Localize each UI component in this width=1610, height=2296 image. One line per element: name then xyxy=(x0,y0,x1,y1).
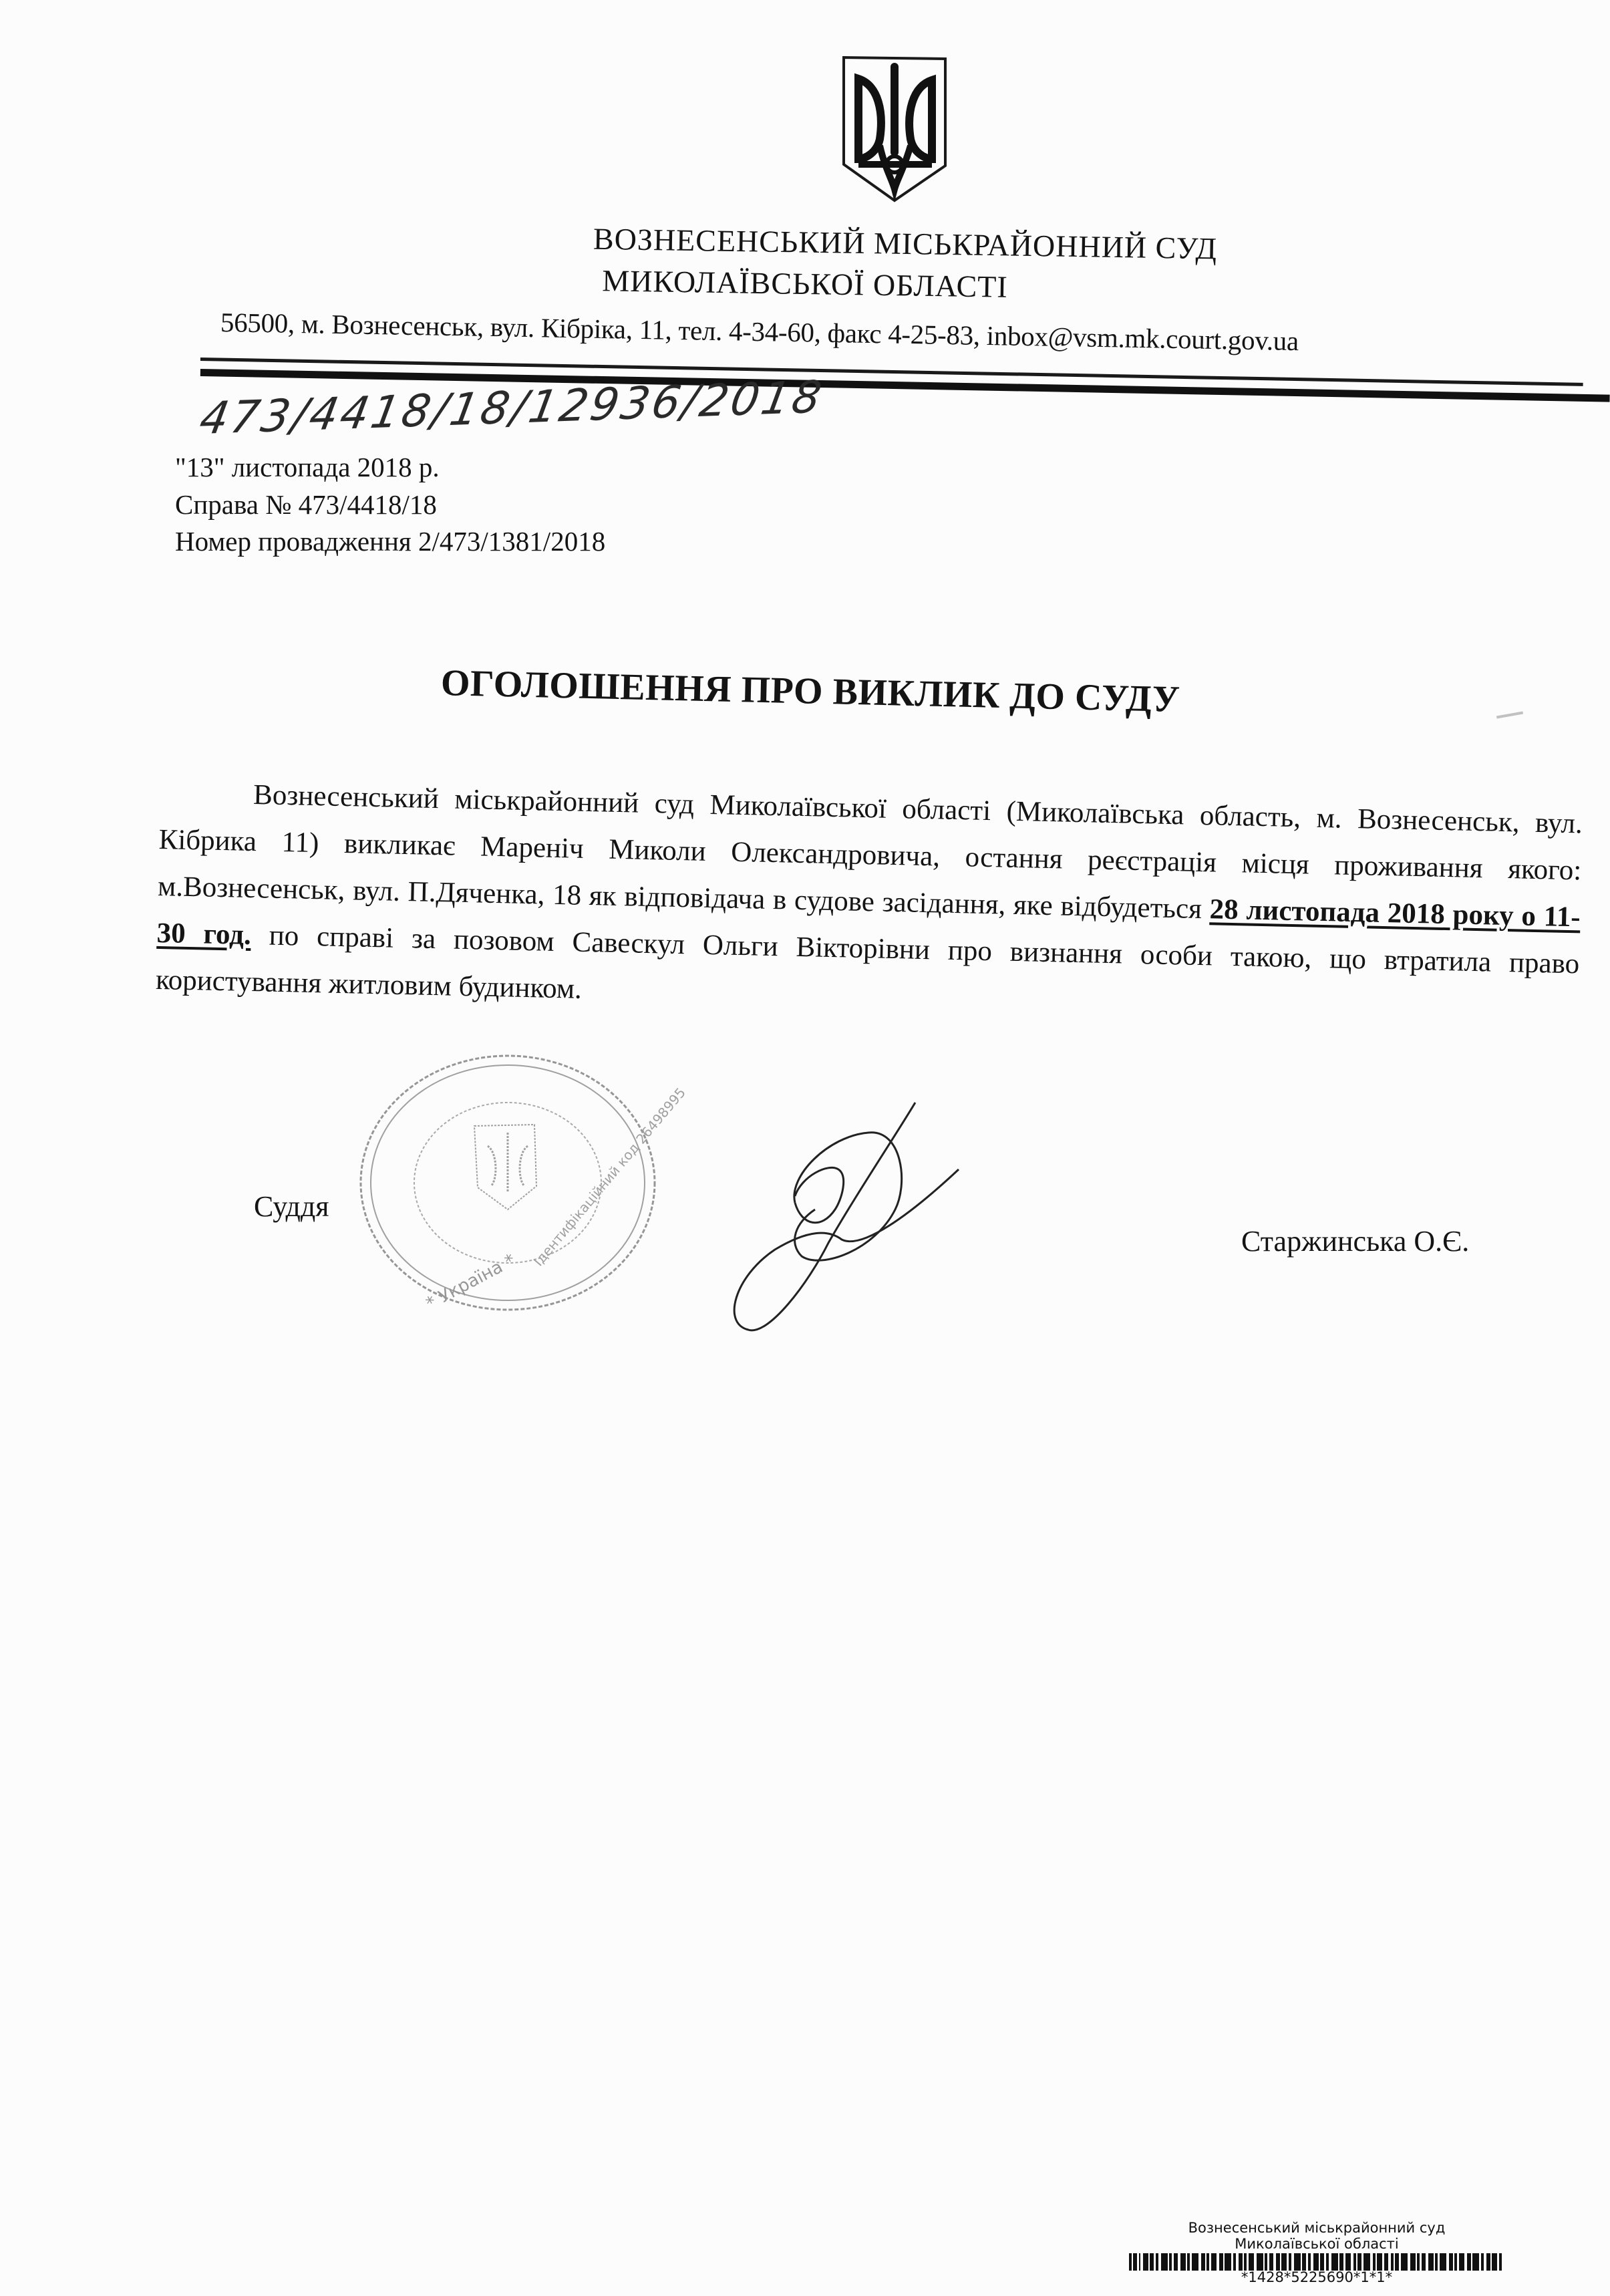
barcode-bar xyxy=(1257,2253,1263,2271)
barcode-bars xyxy=(1039,2253,1594,2271)
barcode-bar xyxy=(1169,2253,1172,2271)
barcode-bar xyxy=(1192,2253,1198,2271)
barcode-bar xyxy=(1201,2253,1205,2271)
barcode-bar xyxy=(1239,2253,1243,2271)
coat-of-arms-icon xyxy=(838,52,952,206)
barcode-bar xyxy=(1320,2253,1324,2271)
barcode-bar xyxy=(1428,2253,1434,2271)
barcode-bar xyxy=(1331,2253,1338,2271)
barcode-bar xyxy=(1143,2253,1148,2271)
barcode-bar xyxy=(1440,2253,1446,2271)
barcode-bar xyxy=(1391,2253,1394,2271)
proceeding-number: Номер провадження 2/473/1381/2018 xyxy=(175,525,605,557)
barcode-bar xyxy=(1281,2253,1287,2271)
barcode-block: Вознесенський міськрайонний суд Миколаїв… xyxy=(1039,2220,1594,2285)
svg-text:* Україна *: * Україна * xyxy=(423,1250,519,1314)
barcode-bar xyxy=(1454,2253,1457,2271)
barcode-bar xyxy=(1180,2253,1186,2271)
barcode-bar xyxy=(1353,2253,1356,2271)
barcode-bar xyxy=(1129,2253,1132,2271)
scan-artifact xyxy=(1496,712,1523,719)
judge-name: Старжинська О.Є. xyxy=(1241,1224,1469,1258)
barcode-bar xyxy=(1481,2253,1484,2271)
barcode-bar xyxy=(1492,2253,1497,2271)
barcode-bar xyxy=(1377,2253,1382,2271)
judge-signature-icon xyxy=(695,1096,1162,1336)
barcode-bar xyxy=(1326,2253,1329,2271)
barcode-court-line1: Вознесенський міськрайонний суд xyxy=(1039,2220,1594,2236)
barcode-bar xyxy=(1302,2253,1306,2271)
barcode-bar xyxy=(1435,2253,1438,2271)
body-part2: по справі за позовом Савескул Ольги Вікт… xyxy=(156,919,1580,1005)
barcode-court-line2: Миколаївської області xyxy=(1039,2236,1594,2252)
barcode-bar xyxy=(1422,2253,1426,2271)
barcode-bar xyxy=(1249,2253,1254,2271)
barcode-bar xyxy=(1345,2253,1351,2271)
barcode-bar xyxy=(1308,2253,1311,2271)
barcode-bar xyxy=(1459,2253,1464,2271)
barcode-bar xyxy=(1472,2253,1479,2271)
judge-label: Суддя xyxy=(254,1189,329,1224)
court-name-line2: МИКОЛАЇВСЬКОЇ ОБЛАСТІ xyxy=(100,257,1510,310)
barcode-bar xyxy=(1417,2253,1420,2271)
handwritten-registration-number: 473/4418/18/12936/2018 xyxy=(196,371,828,444)
barcode-bar xyxy=(1410,2253,1416,2271)
case-number: Справа № 473/4418/18 xyxy=(175,488,437,521)
barcode-bar xyxy=(1384,2253,1388,2271)
barcode-bar xyxy=(1269,2253,1273,2271)
barcode-bar xyxy=(1499,2253,1502,2271)
barcode-bar xyxy=(1395,2253,1399,2271)
barcode-bar xyxy=(1233,2253,1236,2271)
barcode-bar xyxy=(1265,2253,1267,2271)
barcode-bar xyxy=(1289,2253,1291,2271)
barcode-bar xyxy=(1156,2253,1158,2271)
barcode-bar xyxy=(1133,2253,1137,2271)
barcode-bar xyxy=(1225,2253,1231,2271)
barcode-bar xyxy=(1219,2253,1223,2271)
barcode-bar xyxy=(1486,2253,1490,2271)
barcode-bar xyxy=(1187,2253,1190,2271)
barcode-bar xyxy=(1276,2253,1280,2271)
summons-body: Вознесенський міськрайонний суд Миколаїв… xyxy=(155,770,1583,1034)
document-title: ОГОЛОШЕННЯ ПРО ВИКЛИК ДО СУДУ xyxy=(440,662,1180,721)
barcode-bar xyxy=(1206,2253,1209,2271)
barcode-bar xyxy=(1313,2253,1319,2271)
barcode-bar xyxy=(1357,2253,1361,2271)
barcode-bar xyxy=(1294,2253,1301,2271)
barcode-bar xyxy=(1174,2253,1178,2271)
barcode-bar xyxy=(1339,2253,1343,2271)
barcode-bar xyxy=(1161,2253,1168,2271)
court-address: 56500, м. Вознесенськ, вул. Кібріка, 11,… xyxy=(220,306,1299,357)
court-seal-icon: * Україна * Ідентифікаційний код 2649899… xyxy=(337,1046,685,1320)
document-date: "13" листопада 2018 р. xyxy=(175,451,440,483)
barcode-bar xyxy=(1244,2253,1247,2271)
barcode-bar xyxy=(1150,2253,1154,2271)
barcode-number: *1428*5225690*1*1* xyxy=(1039,2269,1594,2285)
barcode-bar xyxy=(1373,2253,1376,2271)
barcode-bar xyxy=(1363,2253,1370,2271)
barcode-bar xyxy=(1211,2253,1217,2271)
barcode-bar xyxy=(1139,2253,1140,2271)
barcode-bar xyxy=(1449,2253,1453,2271)
barcode-bar xyxy=(1467,2253,1471,2271)
svg-text:Ідентифікаційний код 26498995: Ідентифікаційний код 26498995 xyxy=(530,1085,685,1269)
barcode-bar xyxy=(1401,2253,1408,2271)
paragraph-indent xyxy=(160,802,253,804)
document-page: ВОЗНЕСЕНСЬКИЙ МІСЬКРАЙОННИЙ СУД МИКОЛАЇВ… xyxy=(0,0,1610,2296)
